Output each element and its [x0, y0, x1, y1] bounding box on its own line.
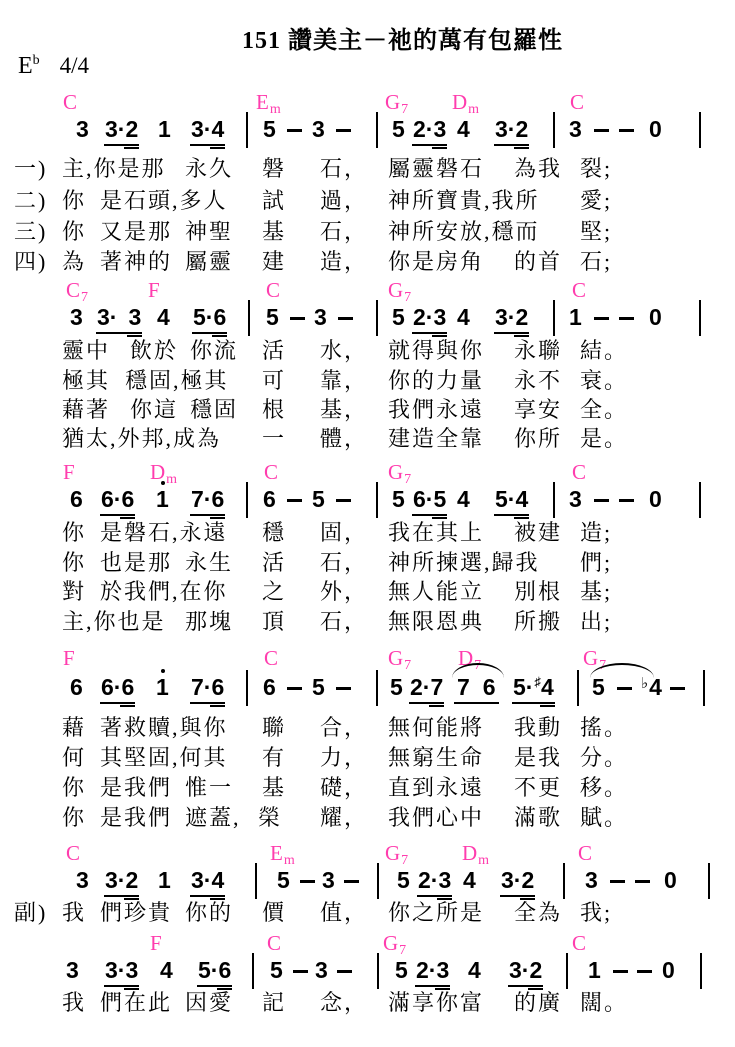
dotted-eighth-note: 3·	[509, 959, 529, 982]
dotted-eighth-note: 3·	[105, 959, 125, 982]
chord-label: G7	[383, 933, 406, 954]
barline	[252, 953, 254, 989]
barline	[700, 953, 702, 989]
note: 4	[160, 959, 173, 982]
dash-continuation	[637, 970, 652, 973]
note: 1	[588, 959, 601, 982]
sixteenth-note: 2	[529, 959, 542, 982]
chord-root: F	[150, 931, 162, 955]
note-group: 2·3	[415, 959, 450, 987]
barline	[566, 953, 568, 989]
dash-continuation	[613, 970, 628, 973]
lyric-chunk: 我	[62, 991, 86, 1015]
sixteenth-note: 3	[125, 959, 138, 982]
chord-label: C	[572, 933, 586, 954]
lyric-chunk: 因愛	[185, 991, 233, 1015]
note: 5	[395, 959, 408, 982]
lyric-chunk: 記	[262, 991, 286, 1015]
dotted-eighth-note: 5·	[198, 959, 218, 982]
barline	[377, 953, 379, 989]
hymn-sheet: 151 讚美主－祂的萬有包羅性 Eb4/4 CEmG7DmC33·213·453…	[0, 0, 735, 1047]
note: 4	[468, 959, 481, 982]
note-group: 3·2	[508, 959, 543, 987]
note: 3	[315, 959, 328, 982]
chord-label: C	[267, 933, 281, 954]
sixteenth-note: 3	[436, 959, 449, 982]
lyric-chunk: 們在此	[100, 991, 172, 1015]
dotted-eighth-note: 2·	[416, 959, 436, 982]
lyric-chunk: 念，	[320, 991, 368, 1015]
lyric-chunk: 的廣	[514, 991, 562, 1015]
lyric-chunk: 滿享你富	[388, 991, 484, 1015]
rest-note: 0	[662, 959, 675, 982]
chord-label: F	[150, 933, 162, 954]
chord-root: C	[267, 931, 281, 955]
chord-root: G	[383, 931, 398, 955]
sixteenth-note: 6	[218, 959, 231, 982]
dash-continuation	[337, 970, 352, 973]
note-group: 3·3	[104, 959, 139, 987]
note: 5	[270, 959, 283, 982]
dash-continuation	[293, 970, 308, 973]
note-group: 5·6	[197, 959, 232, 987]
lyric-chunk: 闊。	[580, 991, 628, 1015]
notation-system-6: FCG7C33·345·65352·343·210我們在此因愛記念，滿享你富的廣…	[0, 0, 735, 1047]
chord-quality: 7	[399, 943, 406, 958]
chord-root: C	[572, 931, 586, 955]
note: 3	[66, 959, 79, 982]
